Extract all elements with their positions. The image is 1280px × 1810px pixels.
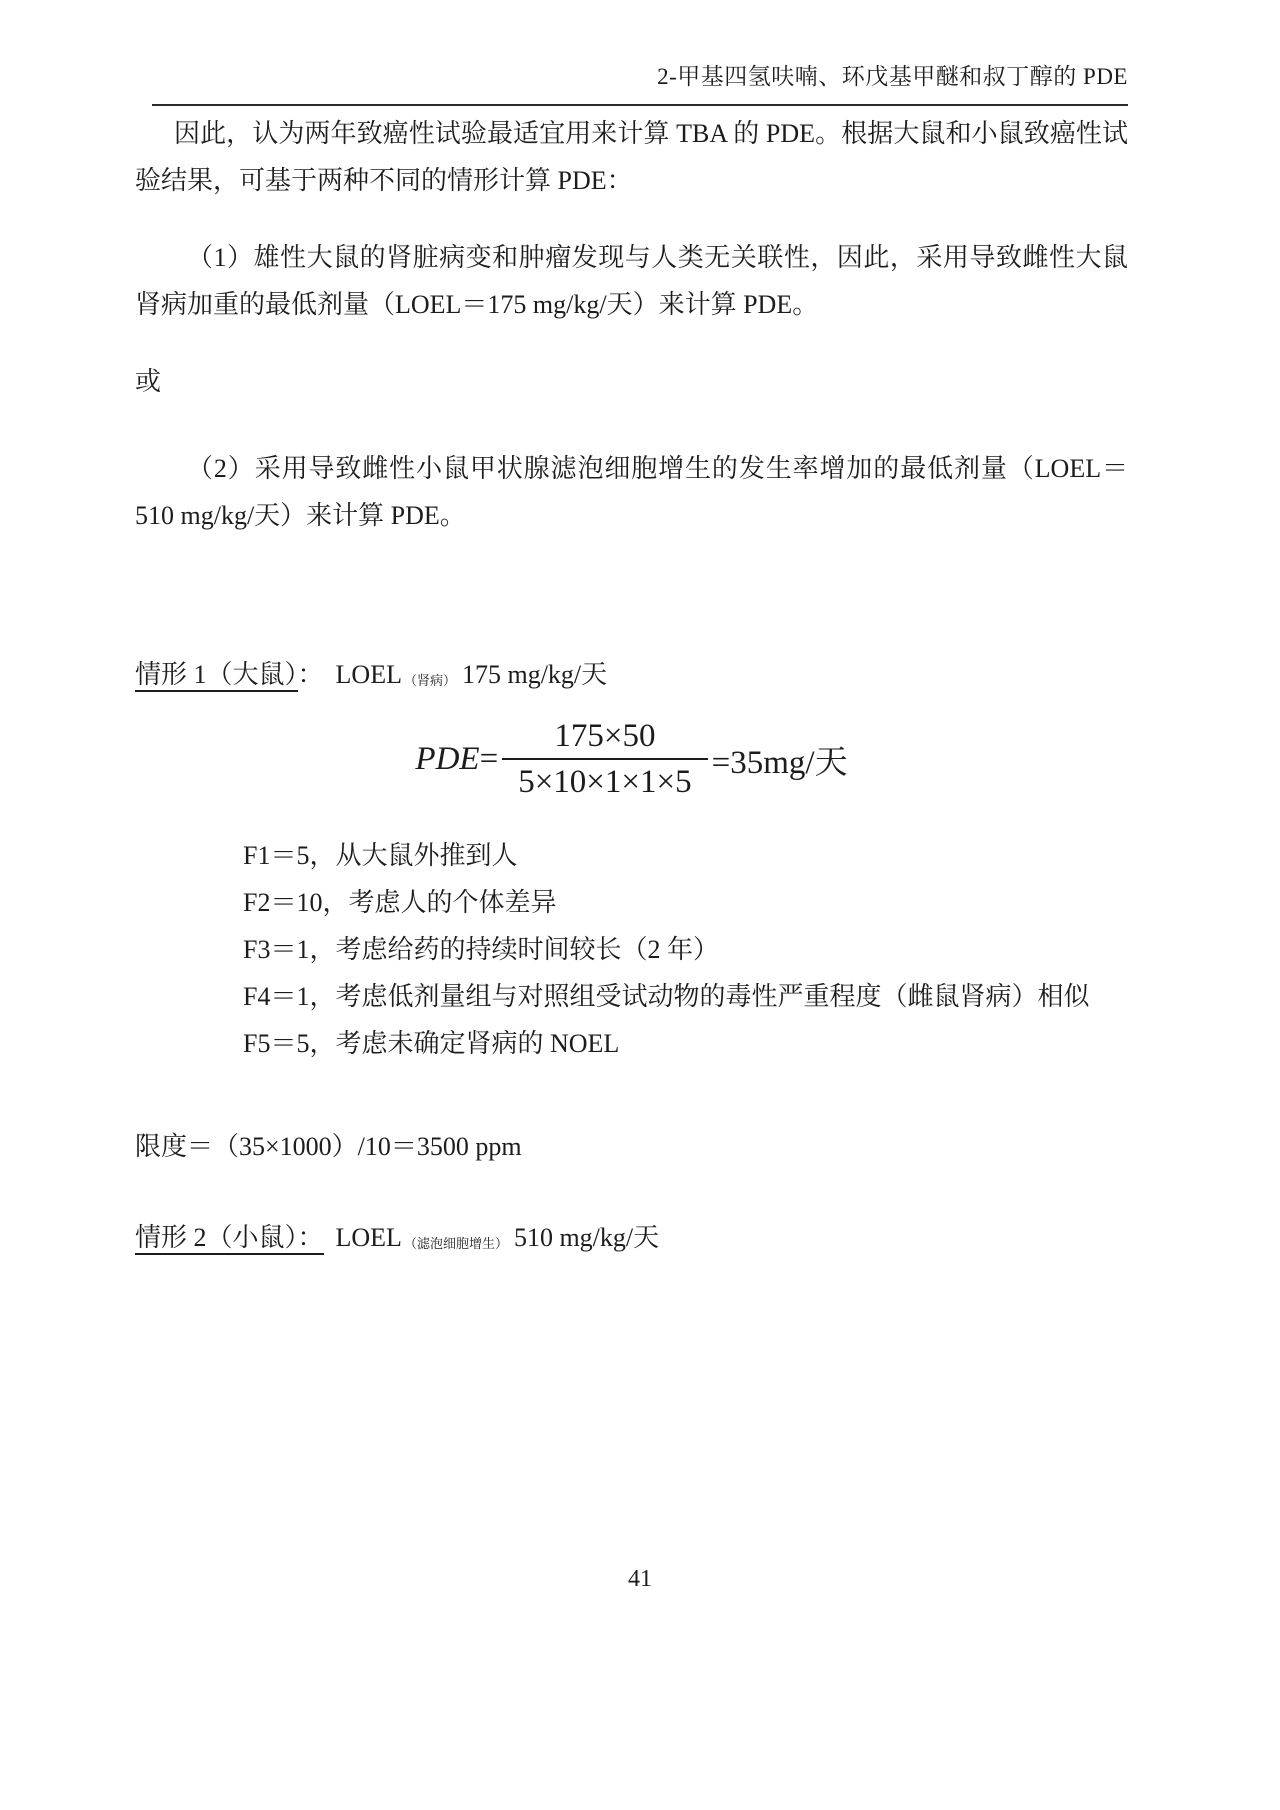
paragraph-intro: 因此，认为两年致癌性试验最适宜用来计算 TBA 的 PDE。根据大鼠和小鼠致癌性… [135, 110, 1128, 204]
factor-line-f1: F1＝5，从大鼠外推到人 [243, 832, 1128, 879]
case1-label: 情形 1（大鼠） [135, 660, 298, 692]
factor-list: F1＝5，从大鼠外推到人 F2＝10，考虑人的个体差异 F3＝1，考虑给药的持续… [243, 832, 1128, 1067]
case2-heading: 情形 2（小鼠）：LOEL（滤泡细胞增生）510 mg/kg/天 [135, 1214, 1128, 1267]
formula-pde: PDE [415, 741, 479, 778]
paragraph-item1: （1）雄性大鼠的肾脏病变和肿瘤发现与人类无关联性，因此，采用导致雌性大鼠肾病加重… [135, 234, 1128, 328]
formula-numerator: 175×50 [502, 718, 707, 758]
case2-label: 情形 2（小鼠）： [135, 1223, 324, 1255]
case1-colon: ： [298, 660, 324, 689]
case2-loel-subscript: （滤泡细胞增生） [404, 1236, 508, 1251]
case1-heading: 情形 1（大鼠）：LOEL（肾病）175 mg/kg/天 [135, 651, 1128, 704]
or-connector: 或 [135, 358, 1128, 405]
formula-denominator: 5×10×1×1×5 [502, 758, 707, 800]
document-page: 2-甲基四氢呋喃、环戊基甲醚和叔丁醇的 PDE 因此，认为两年致癌性试验最适宜用… [0, 0, 1280, 1810]
factor-line-f4: F4＝1，考虑低剂量组与对照组受试动物的毒性严重程度（雌鼠肾病）相似 [243, 973, 1128, 1020]
case2-loel: LOEL [336, 1223, 402, 1252]
case1-loel-value: 175 mg/kg/天 [462, 660, 607, 689]
case1-loel-subscript: （肾病） [404, 673, 456, 688]
header-rule [152, 104, 1128, 106]
factor-line-f2: F2＝10，考虑人的个体差异 [243, 879, 1128, 926]
factor-line-f3: F3＝1，考虑给药的持续时间较长（2 年） [243, 926, 1128, 973]
page-header: 2-甲基四氢呋喃、环戊基甲醚和叔丁醇的 PDE [135, 62, 1128, 106]
limit-line: 限度＝（35×1000）/10＝3500 ppm [135, 1123, 1128, 1170]
formula-fraction: 175×50 5×10×1×1×5 [502, 718, 707, 800]
formula-result: =35mg/天 [712, 736, 848, 783]
formula-equals: = [480, 741, 499, 778]
factor-line-f5: F5＝5，考虑未确定肾病的 NOEL [243, 1020, 1128, 1067]
header-title: 2-甲基四氢呋喃、环戊基甲醚和叔丁醇的 PDE [135, 62, 1128, 92]
case2-loel-value: 510 mg/kg/天 [514, 1223, 659, 1252]
page-number: 41 [0, 1564, 1280, 1594]
case1-loel: LOEL [336, 660, 402, 689]
pde-formula: PDE = 175×50 5×10×1×1×5 =35mg/天 [135, 718, 1128, 800]
paragraph-item2: （2）采用导致雌性小鼠甲状腺滤泡细胞增生的发生率增加的最低剂量（LOEL＝510… [135, 445, 1128, 539]
